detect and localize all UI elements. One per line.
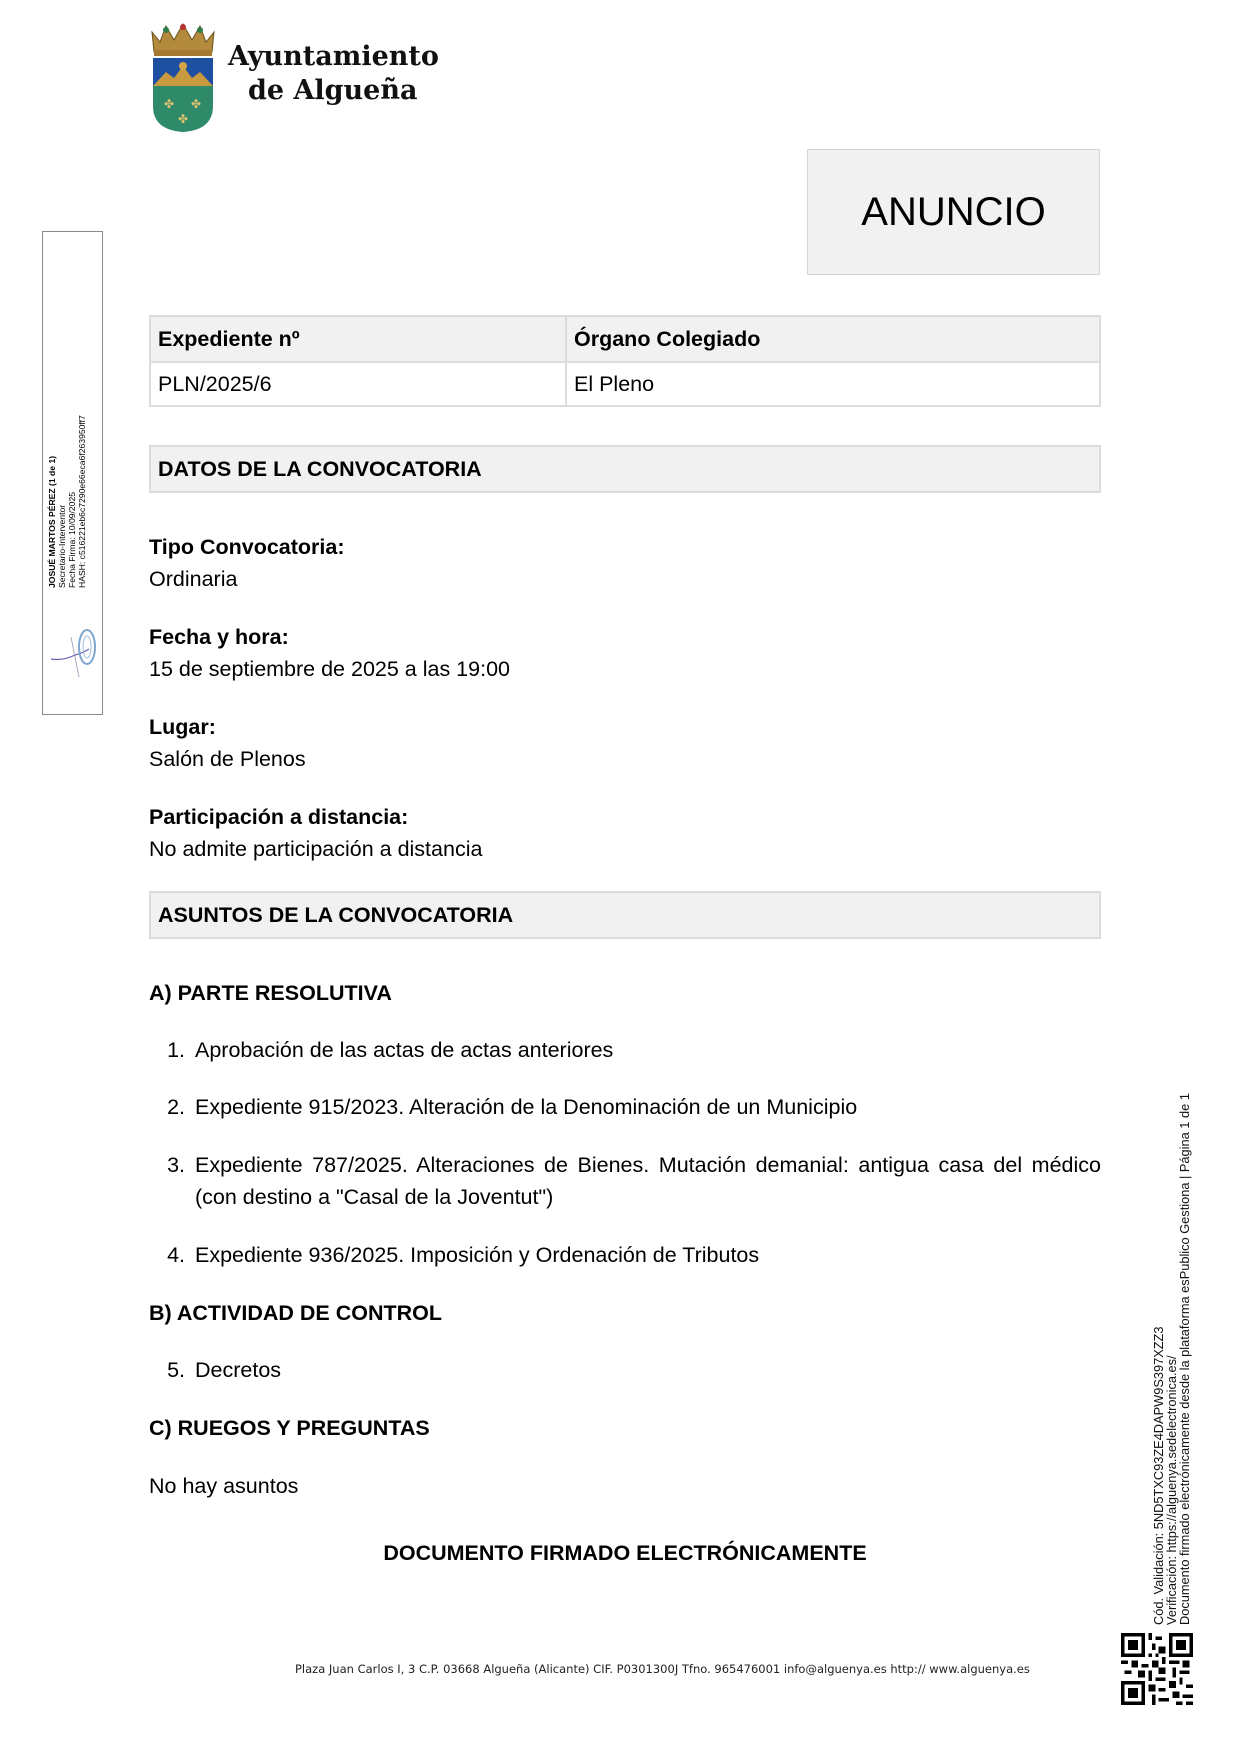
list-item: 1. Aprobación de las actas de actas ante… (149, 1034, 1101, 1066)
item-text: Decretos (195, 1354, 1101, 1386)
item-number: 5. (149, 1354, 195, 1386)
table-row: PLN/2025/6 El Pleno (150, 362, 1100, 406)
municipality-name: Ayuntamiento de Algueña (228, 40, 439, 108)
signature-date: Fecha Firma: 10/09/2025 (67, 258, 77, 588)
item-number: 4. (149, 1239, 195, 1271)
item-number: 3. (149, 1149, 195, 1213)
field-participacion: Participación a distancia: No admite par… (149, 801, 482, 865)
field-value: Salón de Plenos (149, 747, 306, 771)
signature-details: JOSUÉ MARTOS PÉREZ (1 de 1) Secretario-I… (47, 258, 87, 588)
field-value: No admite participación a distancia (149, 837, 482, 861)
field-fecha-hora: Fecha y hora: 15 de septiembre de 2025 a… (149, 621, 510, 685)
item-text: Aprobación de las actas de actas anterio… (195, 1034, 1101, 1066)
field-value: Ordinaria (149, 567, 237, 591)
field-value: 15 de septiembre de 2025 a las 19:00 (149, 657, 510, 681)
expediente-value: PLN/2025/6 (150, 362, 566, 406)
item-text: Expediente 915/2023. Alteración de la De… (195, 1091, 1101, 1123)
field-label: Participación a distancia: (149, 801, 482, 833)
svg-text:✤: ✤ (191, 97, 201, 111)
field-label: Fecha y hora: (149, 621, 510, 653)
list-item: 2. Expediente 915/2023. Alteración de la… (149, 1091, 1101, 1123)
field-label: Lugar: (149, 711, 306, 743)
item-number: 2. (149, 1091, 195, 1123)
verification-block: Cód. Validación: 5ND5TXC93ZE4DAPW9S397XZ… (1152, 1093, 1191, 1625)
document-type-box: ANUNCIO (807, 149, 1100, 275)
table-header-row: Expediente nº Órgano Colegiado (150, 316, 1100, 362)
seal-signature-icon (49, 617, 97, 687)
municipality-logo: ✤ ✤ ✤ Ayuntamiento de Algueña (148, 22, 448, 137)
item-text: Expediente 936/2025. Imposición y Ordena… (195, 1239, 1101, 1271)
qr-code-icon (1121, 1633, 1193, 1705)
organo-value: El Pleno (566, 362, 1100, 406)
subsection-actividad-control: B) ACTIVIDAD DE CONTROL (149, 1301, 442, 1326)
list-item: 3. Expediente 787/2025. Alteraciones de … (149, 1149, 1101, 1213)
document-type-title: ANUNCIO (861, 190, 1045, 235)
signed-notice: DOCUMENTO FIRMADO ELECTRÓNICAMENTE (149, 1541, 1101, 1566)
logo-line-1: Ayuntamiento (228, 41, 439, 72)
header-expediente: Expediente nº (150, 316, 566, 362)
coat-of-arms-icon: ✤ ✤ ✤ (148, 22, 218, 134)
field-tipo-convocatoria: Tipo Convocatoria: Ordinaria (149, 531, 345, 595)
signature-stamp: JOSUÉ MARTOS PÉREZ (1 de 1) Secretario-I… (42, 231, 103, 715)
list-item: 4. Expediente 936/2025. Imposición y Ord… (149, 1239, 1101, 1271)
list-item: 5. Decretos (149, 1354, 1101, 1386)
section-asuntos-title: ASUNTOS DE LA CONVOCATORIA (158, 903, 513, 928)
section-datos-title: DATOS DE LA CONVOCATORIA (158, 457, 482, 482)
field-label: Tipo Convocatoria: (149, 531, 345, 563)
subsection-parte-resolutiva: A) PARTE RESOLUTIVA (149, 981, 392, 1006)
footer-address: Plaza Juan Carlos I, 3 C.P. 03668 Algueñ… (295, 1662, 1030, 1676)
section-datos-header: DATOS DE LA CONVOCATORIA (149, 445, 1101, 493)
item-number: 1. (149, 1034, 195, 1066)
header-organo: Órgano Colegiado (566, 316, 1100, 362)
section-asuntos-header: ASUNTOS DE LA CONVOCATORIA (149, 891, 1101, 939)
field-lugar: Lugar: Salón de Plenos (149, 711, 306, 775)
signer-role: Secretario-Interventor (57, 258, 67, 588)
item-text: Expediente 787/2025. Alteraciones de Bie… (195, 1149, 1101, 1213)
svg-text:✤: ✤ (164, 97, 174, 111)
signer-name: JOSUÉ MARTOS PÉREZ (1 de 1) (47, 258, 57, 588)
subsection-ruegos-preguntas: C) RUEGOS Y PREGUNTAS (149, 1416, 430, 1441)
no-items-text: No hay asuntos (149, 1474, 298, 1499)
expediente-table: Expediente nº Órgano Colegiado PLN/2025/… (149, 315, 1101, 407)
platform-note: Documento firmado electrónicamente desde… (1178, 1093, 1191, 1625)
svg-text:✤: ✤ (178, 112, 188, 126)
logo-line-2: de Algueña (228, 74, 439, 108)
signature-hash: HASH: c516221eb6c7290e66eca6f263950ff7 (77, 258, 87, 588)
